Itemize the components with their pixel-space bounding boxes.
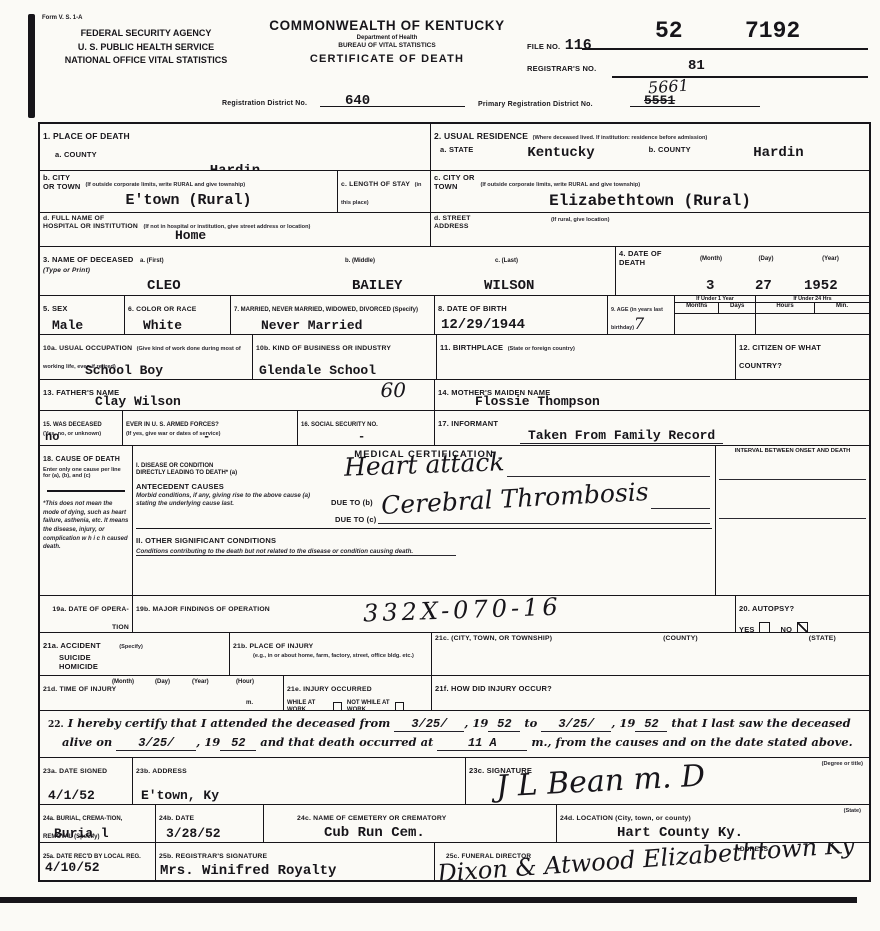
- certify-statement: 22. I hereby certify that I attended the…: [40, 711, 869, 757]
- time-of-injury-label: 21d. TIME OF INJURY: [43, 686, 116, 693]
- armed-forces-label: EVER IN U. S. ARMED FORCES?: [126, 422, 219, 428]
- autopsy-yes-label: YES: [739, 625, 755, 632]
- major-findings-value: 332X-070-16: [363, 596, 562, 627]
- color-or-race-value: White: [143, 318, 182, 333]
- cause-of-death-note: Enter only one cause per line for (a), (…: [43, 467, 129, 480]
- primary-district-line: [630, 106, 760, 107]
- injury-city-label: 21c. (CITY, TOWN, OR TOWNSHIP): [435, 635, 552, 643]
- not-while-at-work-label: NOT WHILE AT WORK: [347, 700, 391, 710]
- burial-date-value: 3/28/52: [166, 826, 221, 841]
- primary-district-label: Primary Registration District No.: [478, 101, 593, 110]
- certify-text-8: and that death occurred at: [260, 735, 433, 749]
- file-no-line: [582, 48, 868, 50]
- interval-line-b: [719, 518, 866, 519]
- death-year-value: 1952: [804, 278, 838, 294]
- death-year-col: (Year) 1952: [792, 247, 869, 295]
- sex-value: Male: [52, 318, 83, 333]
- while-at-work-label: WHILE AT WORK: [287, 700, 329, 710]
- under-1-year-group: If Under 1 Year Months Days: [675, 296, 755, 334]
- min-label: Min.: [814, 303, 869, 314]
- certify-number: 22.: [48, 720, 64, 730]
- certify-date-from: 3/25/: [394, 717, 464, 732]
- was-deceased-label: 15. WAS DECEASED: [43, 422, 102, 428]
- under-24-hrs-group: If Under 24 Hrs Hours Min.: [755, 296, 869, 334]
- file-no-part2: 7192: [745, 18, 800, 44]
- death-day-value: 27: [755, 278, 772, 294]
- burial-date-label: 24b. DATE: [159, 815, 194, 822]
- medical-certification-cell: MEDICAL CERTIFICATION I. DISEASE OR COND…: [132, 446, 715, 595]
- date-of-birth-label: 8. DATE OF BIRTH: [438, 304, 507, 313]
- interval-label: INTERVAL BETWEEN ONSET AND DEATH: [719, 448, 866, 455]
- title-block: COMMONWEALTH OF KENTUCKY Department of H…: [252, 18, 522, 65]
- injury-occurred-label: 21e. INJURY OCCURRED: [287, 686, 372, 693]
- date-of-death-field: 4. DATE OF DEATH (Month) 3 (Day) 27 (Yea…: [615, 247, 869, 295]
- date-signed-value: 4/1/52: [48, 788, 95, 803]
- mothers-maiden-name-value: Flossie Thompson: [475, 394, 600, 409]
- county-label: a. COUNTY: [55, 150, 97, 159]
- cemetery-location-field: 24d. LOCATION (City, town, or county) (S…: [556, 805, 869, 842]
- certify-text-2: , 19: [464, 716, 488, 730]
- registrars-no-value: 81: [688, 58, 705, 74]
- birthplace-paren: (State or foreign country): [508, 346, 575, 352]
- name-of-deceased-label-cell: 3. NAME OF DECEASED (Type or Print): [40, 247, 137, 295]
- date-of-operation-label: 19a. DATE OF OPERA-TION: [52, 606, 129, 631]
- was-deceased-field: 15. WAS DECEASED (Yes, no, or unknown) n…: [40, 411, 122, 445]
- certify-text-7: , 19: [196, 735, 220, 749]
- dept-of-health: Department of Health: [252, 35, 522, 41]
- city-paren: (If outside corporate limits, write RURA…: [85, 182, 325, 188]
- how-injury-occurred-field: 21f. HOW DID INJURY OCCUR?: [431, 676, 869, 710]
- cause-of-death-title: 18. CAUSE OF DEATH: [43, 456, 120, 463]
- certify-text-6: alive on: [62, 735, 112, 749]
- middle-name-field: b. (Middle) BAILEY: [312, 247, 472, 295]
- accident-suicide-homicide-field: 21a. ACCIDENT (Specify) SUICIDE HOMICIDE: [40, 633, 229, 675]
- injury-year-label: (Year): [192, 679, 209, 686]
- disease-condition-label-1: I. DISEASE OR CONDITION: [136, 463, 336, 470]
- due-to-c-label: DUE TO (c): [335, 515, 376, 524]
- length-of-stay-label: c. LENGTH OF STAY: [341, 181, 410, 188]
- injury-month-label: (Month): [112, 679, 134, 686]
- days-label: Days: [718, 303, 755, 314]
- certify-text-3: to: [524, 716, 537, 730]
- middle-name-value: BAILEY: [352, 278, 402, 294]
- registration-district-label: Registration District No.: [222, 100, 307, 109]
- residence-city-label: c. CITY OR TOWN: [434, 173, 476, 192]
- cemetery-field: 24c. NAME OF CEMETERY OR CREMATORY Cub R…: [263, 805, 556, 842]
- street-address-label: d. STREET ADDRESS: [434, 215, 486, 232]
- color-or-race-field: 6. COLOR OR RACE White: [124, 296, 230, 334]
- name-of-deceased-title: 3. NAME OF DECEASED: [43, 255, 133, 264]
- certify-date-to: 3/25/: [541, 717, 611, 732]
- major-findings-label: 19b. MAJOR FINDINGS OF OPERATION: [136, 606, 270, 613]
- address-value: E'town, Ky: [141, 788, 219, 803]
- agency-line-2: U. S. PUBLIC HEALTH SERVICE: [46, 41, 246, 55]
- death-month-col: (Month) 3: [682, 247, 740, 295]
- county-value: Hardin: [43, 163, 427, 170]
- cause-of-death-label-cell: 18. CAUSE OF DEATH Enter only one cause …: [40, 446, 132, 595]
- certificate-title: CERTIFICATE OF DEATH: [252, 53, 522, 65]
- institution-label: d. FULL NAME OF HOSPITAL OR INSTITUTION: [43, 215, 139, 232]
- citizen-field: 12. CITIZEN OF WHAT COUNTRY?: [735, 335, 869, 379]
- time-of-injury-field: 21d. TIME OF INJURY (Month) (Day) (Year)…: [40, 676, 283, 710]
- agency-line-3: NATIONAL OFFICE VITAL STATISTICS: [46, 54, 246, 68]
- usual-occupation-label: 10a. USUAL OCCUPATION: [43, 345, 132, 352]
- death-day-label: (Day): [758, 256, 773, 262]
- suicide-label: SUICIDE: [59, 653, 226, 662]
- color-or-race-label: 6. COLOR OR RACE: [128, 306, 197, 313]
- was-deceased-value: no: [45, 430, 59, 444]
- first-name-value: CLEO: [147, 278, 181, 294]
- funeral-director-field: 25c. FUNERAL DIRECTOR ADDRESS Dixon & At…: [434, 843, 869, 880]
- date-received-value: 4/10/52: [45, 860, 152, 875]
- first-name-field: a. (First) CLEO: [137, 247, 312, 295]
- registrar-signature-label: 25b. REGISTRAR'S SIGNATURE: [159, 853, 267, 860]
- ssn-field: 16. SOCIAL SECURITY NO. -: [297, 411, 434, 445]
- cemetery-location-label: 24d. LOCATION (City, town, or county): [560, 815, 691, 822]
- ssn-label: 16. SOCIAL SECURITY NO.: [301, 422, 378, 428]
- agency-line-1: FEDERAL SECURITY AGENCY: [46, 27, 246, 41]
- armed-forces-field: EVER IN U. S. ARMED FORCES? (If yes, giv…: [122, 411, 297, 445]
- city-or-town-label: b. CITY OR TOWN: [43, 173, 81, 192]
- date-of-birth-value: 12/29/1944: [441, 317, 525, 333]
- death-month-value: 3: [706, 278, 714, 294]
- business-industry-value: Glendale School: [259, 363, 376, 378]
- bureau-line: BUREAU OF VITAL STATISTICS: [252, 42, 522, 49]
- autopsy-no-checkbox: [797, 622, 808, 632]
- informant-value: Taken From Family Record: [520, 428, 723, 444]
- agency-block: FEDERAL SECURITY AGENCY U. S. PUBLIC HEA…: [46, 27, 246, 68]
- certify-text-1: I hereby certify that I attended the dec…: [68, 716, 391, 730]
- cause-a-label: (a): [230, 470, 237, 476]
- street-address-paren: (If rural, give location): [551, 217, 609, 223]
- date-received-field: 25a. DATE REC'D BY LOCAL REG. 4/10/52: [40, 843, 155, 880]
- fathers-name-value: Clay Wilson: [95, 394, 181, 409]
- interval-cell: INTERVAL BETWEEN ONSET AND DEATH: [715, 446, 869, 595]
- file-no-part1: 52: [655, 18, 683, 44]
- major-findings-field: 19b. MAJOR FINDINGS OF OPERATION 332X-07…: [132, 596, 735, 632]
- cemetery-location-value: Hart County Ky.: [617, 825, 743, 841]
- informant-label: 17. INFORMANT: [438, 419, 498, 428]
- cause-c-line: [378, 523, 710, 524]
- date-signed-field: 23a. DATE SIGNED 4/1/52: [40, 758, 132, 804]
- marital-status-field: 7. MARRIED, NEVER MARRIED, WIDOWED, DIVO…: [230, 296, 434, 334]
- certify-hour: 11 A: [437, 736, 527, 751]
- marital-status-label: 7. MARRIED, NEVER MARRIED, WIDOWED, DIVO…: [234, 307, 418, 313]
- usual-residence-paren: (Where deceased lived. If institution: r…: [533, 135, 708, 141]
- autopsy-field: 20. AUTOPSY? YES NO: [735, 596, 869, 632]
- injury-county-label: (COUNTY): [663, 635, 698, 643]
- date-of-death-label: 4. DATE OF DEATH: [616, 247, 682, 295]
- last-name-label: c. (Last): [495, 258, 518, 264]
- certify-alive-year: 52: [220, 736, 256, 751]
- injury-day-label: (Day): [155, 679, 170, 686]
- date-signed-label: 23a. DATE SIGNED: [43, 768, 107, 775]
- burial-type-field: 24a. BURIAL, CREMA-TION, REMOVAL (Specif…: [40, 805, 155, 842]
- death-month-label: (Month): [700, 256, 722, 262]
- city-value: E'town (Rural): [43, 192, 334, 209]
- certify-text-9: m., from the causes and on the date stat…: [531, 735, 852, 749]
- certificate-form: 1. PLACE OF DEATH a. COUNTY Hardin b. CI…: [38, 122, 871, 882]
- signature-field: 23c. SIGNATURE (Degree or title) J L Bea…: [465, 758, 869, 804]
- autopsy-yes-checkbox: [759, 622, 770, 632]
- injury-hour-m: m.: [246, 700, 253, 707]
- mothers-maiden-name-field: 14. MOTHER'S MAIDEN NAME Flossie Thompso…: [434, 380, 869, 410]
- birthplace-field: 11. BIRTHPLACE (State or foreign country…: [436, 335, 735, 379]
- degree-or-title-paren: (Degree or title): [822, 761, 863, 767]
- interval-line-a: [719, 479, 866, 480]
- usual-residence-title: 2. USUAL RESIDENCE: [434, 131, 528, 141]
- injury-state-label: (STATE): [809, 635, 836, 643]
- not-while-at-work-checkbox: [395, 702, 404, 710]
- injury-occurred-field: 21e. INJURY OCCURRED WHILE AT WORK NOT W…: [283, 676, 431, 710]
- other-conditions-label: II. OTHER SIGNIFICANT CONDITIONS: [136, 536, 276, 545]
- age-value-handwritten: 7: [634, 314, 644, 333]
- months-label: Months: [675, 303, 718, 314]
- type-or-print-note: (Type or Print): [43, 267, 134, 275]
- injury-location-field: 21c. (CITY, TOWN, OR TOWNSHIP) (COUNTY) …: [431, 633, 869, 675]
- autopsy-label: 20. AUTOPSY?: [739, 604, 794, 613]
- how-injury-occurred-label: 21f. HOW DID INJURY OCCUR?: [435, 684, 552, 693]
- residence-city-paren: (If outside corporate limits, write RURA…: [480, 182, 640, 188]
- registrars-no-label: REGISTRAR'S NO.: [527, 64, 596, 73]
- address-field: 23b. ADDRESS E'town, Ky: [132, 758, 465, 804]
- date-of-operation-field: 19a. DATE OF OPERA-TION: [40, 596, 132, 632]
- burial-type-value: Buria l: [54, 826, 109, 841]
- accident-specify-paren: (Specify): [119, 644, 143, 650]
- cause-a-line: [507, 476, 711, 477]
- middle-name-label: b. (Middle): [345, 258, 375, 264]
- scan-edge-mark: [28, 14, 35, 118]
- funeral-director-signature: Dixon & Atwood Elizabethtown Ky: [437, 843, 856, 880]
- autopsy-no-label: NO: [781, 625, 793, 632]
- section-usual-residence: 2. USUAL RESIDENCE (Where deceased lived…: [430, 124, 869, 246]
- first-name-label: a. (First): [140, 258, 164, 264]
- sex-field: 5. SEX Male: [40, 296, 124, 334]
- file-no-prefix: 116: [565, 37, 592, 54]
- registrar-signature-value: Mrs. Winifred Royalty: [160, 863, 336, 879]
- city-or-town-field: b. CITY OR TOWN (If outside corporate li…: [40, 171, 337, 212]
- birthplace-label: 11. BIRTHPLACE: [440, 343, 503, 352]
- file-no-label: FILE NO.: [527, 42, 560, 51]
- injury-hour-label: (Hour): [236, 679, 254, 686]
- cemetery-label: 24c. NAME OF CEMETERY OR CREMATORY: [297, 815, 446, 822]
- certify-text-4: , 19: [611, 716, 635, 730]
- business-industry-field: 10b. KIND OF BUSINESS OR INDUSTRY Glenda…: [252, 335, 436, 379]
- cause-a-value: Heart attack: [344, 447, 505, 482]
- marital-status-value: Never Married: [261, 318, 362, 333]
- armed-forces-value: -: [203, 430, 210, 444]
- cemetery-state-paren: (State): [844, 808, 861, 814]
- homicide-label: HOMICIDE: [59, 662, 226, 671]
- cemetery-value: Cub Run Cem.: [324, 825, 425, 841]
- under-1-year-label: If Under 1 Year: [675, 296, 755, 303]
- informant-field: 17. INFORMANT Taken From Family Record: [434, 411, 869, 445]
- business-industry-label: 10b. KIND OF BUSINESS OR INDUSTRY: [256, 345, 391, 352]
- while-at-work-checkbox: [333, 702, 342, 710]
- residence-county-label: b. COUNTY: [649, 145, 691, 161]
- under-24-hrs-label: If Under 24 Hrs: [756, 296, 869, 303]
- cause-b-line: [651, 508, 710, 509]
- certify-alive-date: 3/25/: [116, 736, 196, 751]
- registrar-signature-field: 25b. REGISTRAR'S SIGNATURE Mrs. Winifred…: [155, 843, 434, 880]
- morbid-conditions-note: Morbid conditions, if any, giving rise t…: [136, 492, 321, 509]
- divider-line: [47, 490, 125, 492]
- fathers-name-field: 13. FATHER'S NAME Clay Wilson 60: [40, 380, 434, 410]
- state-label: a. STATE: [440, 145, 473, 161]
- ssn-value: -: [358, 430, 365, 444]
- age-field: 9. AGE (in years last birthday) 7: [607, 296, 674, 334]
- residence-county-value: Hardin: [691, 145, 866, 161]
- usual-occupation-field: 10a. USUAL OCCUPATION (Give kind of work…: [40, 335, 252, 379]
- registration-district-line: [320, 106, 465, 107]
- handwritten-60: 60: [381, 380, 406, 402]
- length-of-stay-field: c. LENGTH OF STAY (in this place): [337, 171, 430, 212]
- sex-label: 5. SEX: [43, 304, 68, 313]
- hours-label: Hours: [756, 303, 814, 314]
- date-of-birth-field: 8. DATE OF BIRTH 12/29/1944: [434, 296, 607, 334]
- usual-occupation-value: School Boy: [85, 363, 163, 378]
- citizen-label: 12. CITIZEN OF WHAT COUNTRY?: [739, 343, 821, 370]
- address-label: 23b. ADDRESS: [136, 768, 187, 775]
- bottom-scan-bar: [0, 897, 857, 903]
- death-year-label: (Year): [822, 256, 839, 262]
- other-conditions-note: Conditions contributing to the death but…: [136, 548, 456, 556]
- place-of-injury-field: 21b. PLACE OF INJURY (e.g., in or about …: [229, 633, 431, 675]
- certify-year-from: 52: [488, 717, 520, 732]
- disease-condition-label-2: DIRECTLY LEADING TO DEATH*: [136, 470, 228, 476]
- cause-of-death-footnote: *This does not mean the mode of dying, s…: [43, 500, 129, 552]
- place-of-injury-paren: (e.g., in or about home, farm, factory, …: [253, 653, 428, 659]
- last-name-field: c. (Last) WILSON: [472, 247, 615, 295]
- age-subcolumns: If Under 1 Year Months Days If Under 24 …: [674, 296, 869, 334]
- accident-label: 21a. ACCIDENT: [43, 641, 101, 650]
- state-value: Kentucky: [473, 145, 648, 161]
- last-name-value: WILSON: [484, 278, 534, 294]
- place-of-death-title: 1. PLACE OF DEATH: [43, 131, 130, 141]
- institution-value: Home: [175, 228, 206, 243]
- burial-date-field: 24b. DATE 3/28/52: [155, 805, 263, 842]
- form-number: Form V. S. 1-A: [42, 15, 82, 22]
- residence-city-value: Elizabethtown (Rural): [434, 192, 866, 210]
- certify-year-to: 52: [635, 717, 667, 732]
- file-no-label-row: FILE NO. 116: [527, 36, 592, 54]
- commonwealth-title: COMMONWEALTH OF KENTUCKY: [252, 18, 522, 33]
- death-day-col: (Day) 27: [740, 247, 792, 295]
- death-certificate-scan: Form V. S. 1-A FEDERAL SECURITY AGENCY U…: [0, 0, 880, 931]
- certify-text-5: that I last saw the deceased: [671, 716, 850, 730]
- due-to-b-label: DUE TO (b): [331, 498, 373, 507]
- place-of-injury-label: 21b. PLACE OF INJURY: [233, 643, 313, 650]
- section-place-of-death: 1. PLACE OF DEATH a. COUNTY Hardin b. CI…: [40, 124, 430, 246]
